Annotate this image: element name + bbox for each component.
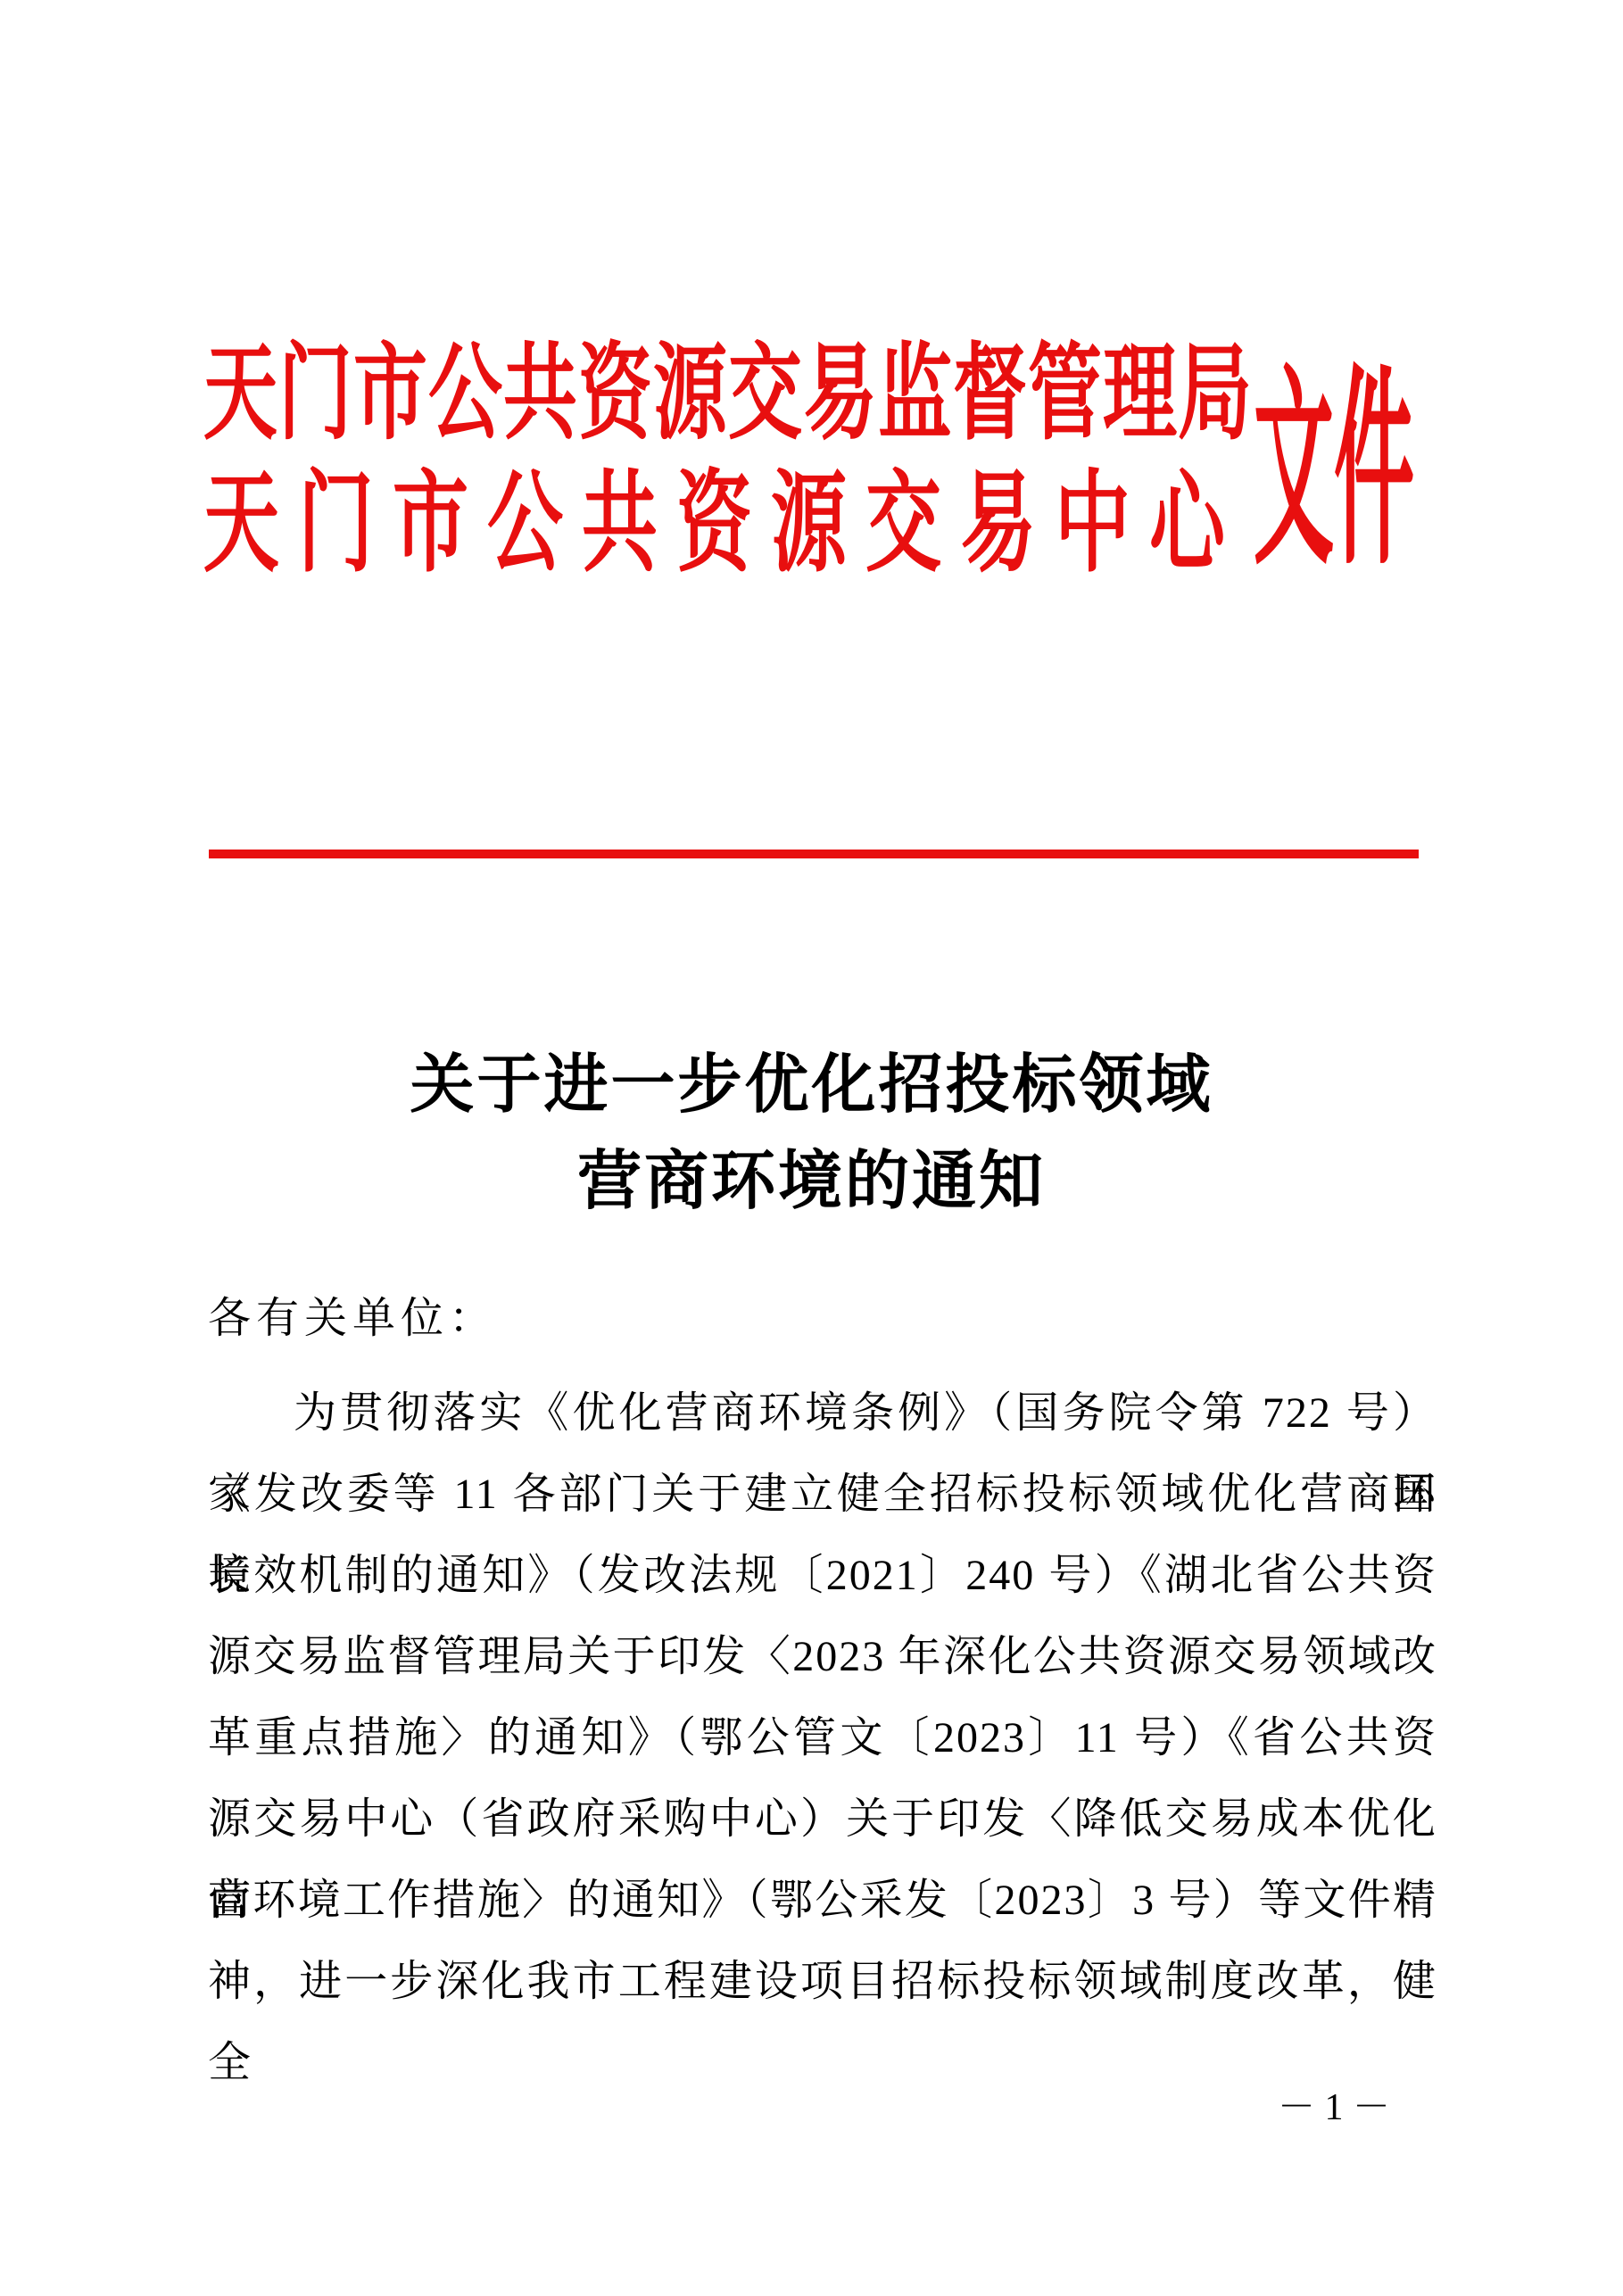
body-line: 长效机制的通知》（发改法规〔2021〕240 号）《湖北省公共资 xyxy=(208,1535,1437,1616)
body-paragraph: 为贯彻落实《优化营商环境条例》（国务院令第 722 号）《国 家发改委等 11 … xyxy=(208,1372,1437,2022)
document-page: 天门市公共资源交易监督管理局 天门市公共资源交易中心 文件 关于进一步优化招投标… xyxy=(0,0,1623,2296)
body-line: 家发改委等 11 各部门关于建立健全招标投标领域优化营商环境 xyxy=(208,1454,1437,1535)
page-number: － 1 － xyxy=(1267,2085,1401,2131)
body-line: 神，进一步深化我市工程建设项目招标投标领域制度改革，健全 xyxy=(208,1941,1437,2022)
document-title-line1: 关于进一步优化招投标领域 xyxy=(0,1037,1623,1133)
letterhead-doc-type-label: 文件 xyxy=(1253,369,1415,582)
body-line: 为贯彻落实《优化营商环境条例》（国务院令第 722 号）《国 xyxy=(208,1372,1437,1454)
body-line: 革重点措施〉的通知》（鄂公管文〔2023〕11 号）《省公共资 xyxy=(208,1697,1437,1778)
body-line: 源交易监督管理局关于印发〈2023 年深化公共资源交易领域改 xyxy=(208,1616,1437,1697)
letterhead-divider-line xyxy=(209,850,1419,858)
letterhead-org-name-line1: 天门市公共资源交易监督管理局 xyxy=(203,342,1247,447)
document-title: 关于进一步优化招投标领域 营商环境的通知 xyxy=(0,1037,1623,1230)
body-line: 源交易中心（省政府采购中心）关于印发〈降低交易成本优化营 xyxy=(208,1778,1437,1860)
salutation: 各有关单位： xyxy=(208,1292,497,1346)
document-title-line2: 营商环境的通知 xyxy=(0,1133,1623,1230)
letterhead-org-name-line2: 天门市公共资源交易中心 xyxy=(203,470,1247,580)
body-line: 商环境工作措施〉的通知》（鄂公采发〔2023〕3 号）等文件精 xyxy=(208,1860,1437,1941)
